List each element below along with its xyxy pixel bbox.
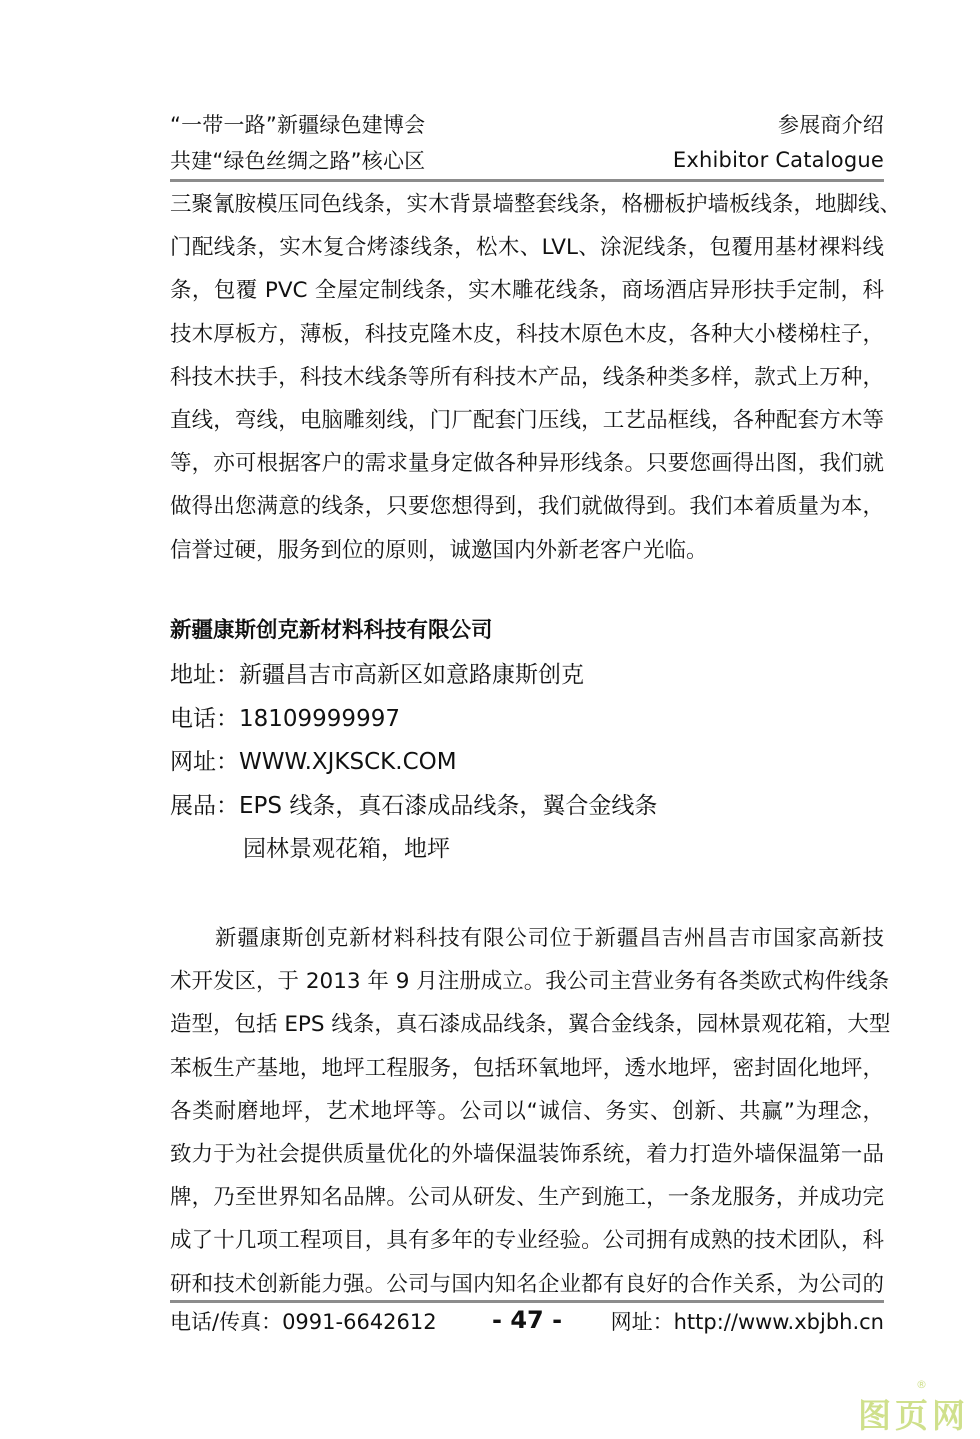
- page-footer: 电话/传真：0991-6642612 - 47 - 网址：http://www.…: [170, 1304, 884, 1344]
- intro-paragraph: 三聚氰胺模压同色线条，实木背景墙整套线条，格栅板护墙板线条，地脚线、 门配线条，…: [170, 183, 884, 572]
- paragraph-line: 术开发区，于 2013 年 9 月注册成立。我公司主营业务有各类欧式构件线条: [170, 960, 884, 1003]
- company-name-heading: 新疆康斯创克新材料科技有限公司: [170, 613, 493, 644]
- page-header: “一带一路”新疆绿色建博会 参展商介绍 共建“绿色丝绸之路”核心区 Exhibi…: [170, 106, 884, 182]
- footer-phone-fax: 电话/传真：0991-6642612: [170, 1306, 437, 1336]
- expo-title: “一带一路”新疆绿色建博会: [170, 109, 425, 139]
- header-divider: [170, 179, 884, 182]
- registered-mark-icon: ®: [916, 1378, 927, 1391]
- info-row-products: 展品： EPS 线条，真石漆成品线条，翼合金线条: [170, 785, 657, 829]
- paragraph-line: 技木厚板方，薄板，科技克隆木皮，科技木原色木皮，各种大小楼梯柱子，: [170, 313, 884, 356]
- watermark-logo: 图页网: [858, 1390, 969, 1437]
- paragraph-line: 致力于为社会提供质量优化的外墙保温装饰系统，着力打造外墙保温第一品: [170, 1133, 884, 1176]
- company-info: 地址： 新疆昌吉市高新区如意路康斯创克 电话： 18109999997 网址： …: [170, 654, 657, 872]
- paragraph-line: 科技木扶手，科技木线条等所有科技木产品，线条种类多样，款式上万种，: [170, 356, 884, 399]
- header-row-1: “一带一路”新疆绿色建博会 参展商介绍: [170, 106, 884, 142]
- paragraph-line: 各类耐磨地坪，艺术地坪等。公司以“诚信、务实、创新、共赢”为理念，: [170, 1090, 884, 1133]
- info-label: 地址：: [170, 654, 239, 698]
- paragraph-line: 门配线条，实木复合烤漆线条，松木、LVL、涂泥线条，包覆用基材裸料线: [170, 226, 884, 269]
- paragraph-line: 新疆康斯创克新材料科技有限公司位于新疆昌吉州昌吉市国家高新技: [170, 917, 884, 960]
- paragraph-line: 等，亦可根据客户的需求量身定做各种异形线条。只要您画得出图，我们就: [170, 442, 884, 485]
- info-row-website: 网址： WWW.XJKSCK.COM: [170, 741, 657, 785]
- paragraph-line: 成了十几项工程项目，具有多年的专业经验。公司拥有成熟的技术团队，科: [170, 1219, 884, 1262]
- info-label: 网址：: [170, 741, 239, 785]
- info-value: 新疆昌吉市高新区如意路康斯创克: [239, 654, 584, 698]
- paragraph-line: 牌，乃至世界知名品牌。公司从研发、生产到施工，一条龙服务，并成功完: [170, 1176, 884, 1219]
- page-number: - 47 -: [492, 1306, 562, 1334]
- footer-website: 网址：http://www.xbjbh.cn: [611, 1306, 884, 1336]
- info-row-products-cont: 园林景观花箱，地坪: [170, 828, 657, 872]
- footer-divider: [170, 1300, 884, 1303]
- paragraph-line: 直线，弯线，电脑雕刻线，门厂配套门压线，工艺品框线，各种配套方木等: [170, 399, 884, 442]
- company-description: 新疆康斯创克新材料科技有限公司位于新疆昌吉州昌吉市国家高新技 术开发区，于 20…: [170, 917, 884, 1306]
- info-value: 园林景观花箱，地坪: [243, 828, 450, 872]
- paragraph-line: 造型，包括 EPS 线条，真石漆成品线条，翼合金线条，园林景观花箱，大型: [170, 1003, 884, 1046]
- paragraph-line: 三聚氰胺模压同色线条，实木背景墙整套线条，格栅板护墙板线条，地脚线、: [170, 183, 884, 226]
- expo-subtitle: 共建“绿色丝绸之路”核心区: [170, 145, 425, 175]
- header-row-2: 共建“绿色丝绸之路”核心区 Exhibitor Catalogue: [170, 142, 884, 178]
- info-row-phone: 电话： 18109999997: [170, 698, 657, 742]
- info-value: 18109999997: [239, 698, 400, 742]
- section-title: 参展商介绍: [778, 109, 884, 139]
- paragraph-line: 苯板生产基地，地坪工程服务，包括环氧地坪，透水地坪，密封固化地坪，: [170, 1047, 884, 1090]
- paragraph-line: 信誉过硬，服务到位的原则，诚邀国内外新老客户光临。: [170, 529, 884, 572]
- info-label: 展品：: [170, 785, 239, 829]
- info-value: EPS 线条，真石漆成品线条，翼合金线条: [239, 785, 657, 829]
- info-value: WWW.XJKSCK.COM: [239, 741, 457, 785]
- info-label: 电话：: [170, 698, 239, 742]
- paragraph-line: 条，包覆 PVC 全屋定制线条，实木雕花线条，商场酒店异形扶手定制，科: [170, 269, 884, 312]
- section-subtitle: Exhibitor Catalogue: [673, 148, 884, 172]
- paragraph-line: 做得出您满意的线条，只要您想得到，我们就做得到。我们本着质量为本，: [170, 485, 884, 528]
- info-row-address: 地址： 新疆昌吉市高新区如意路康斯创克: [170, 654, 657, 698]
